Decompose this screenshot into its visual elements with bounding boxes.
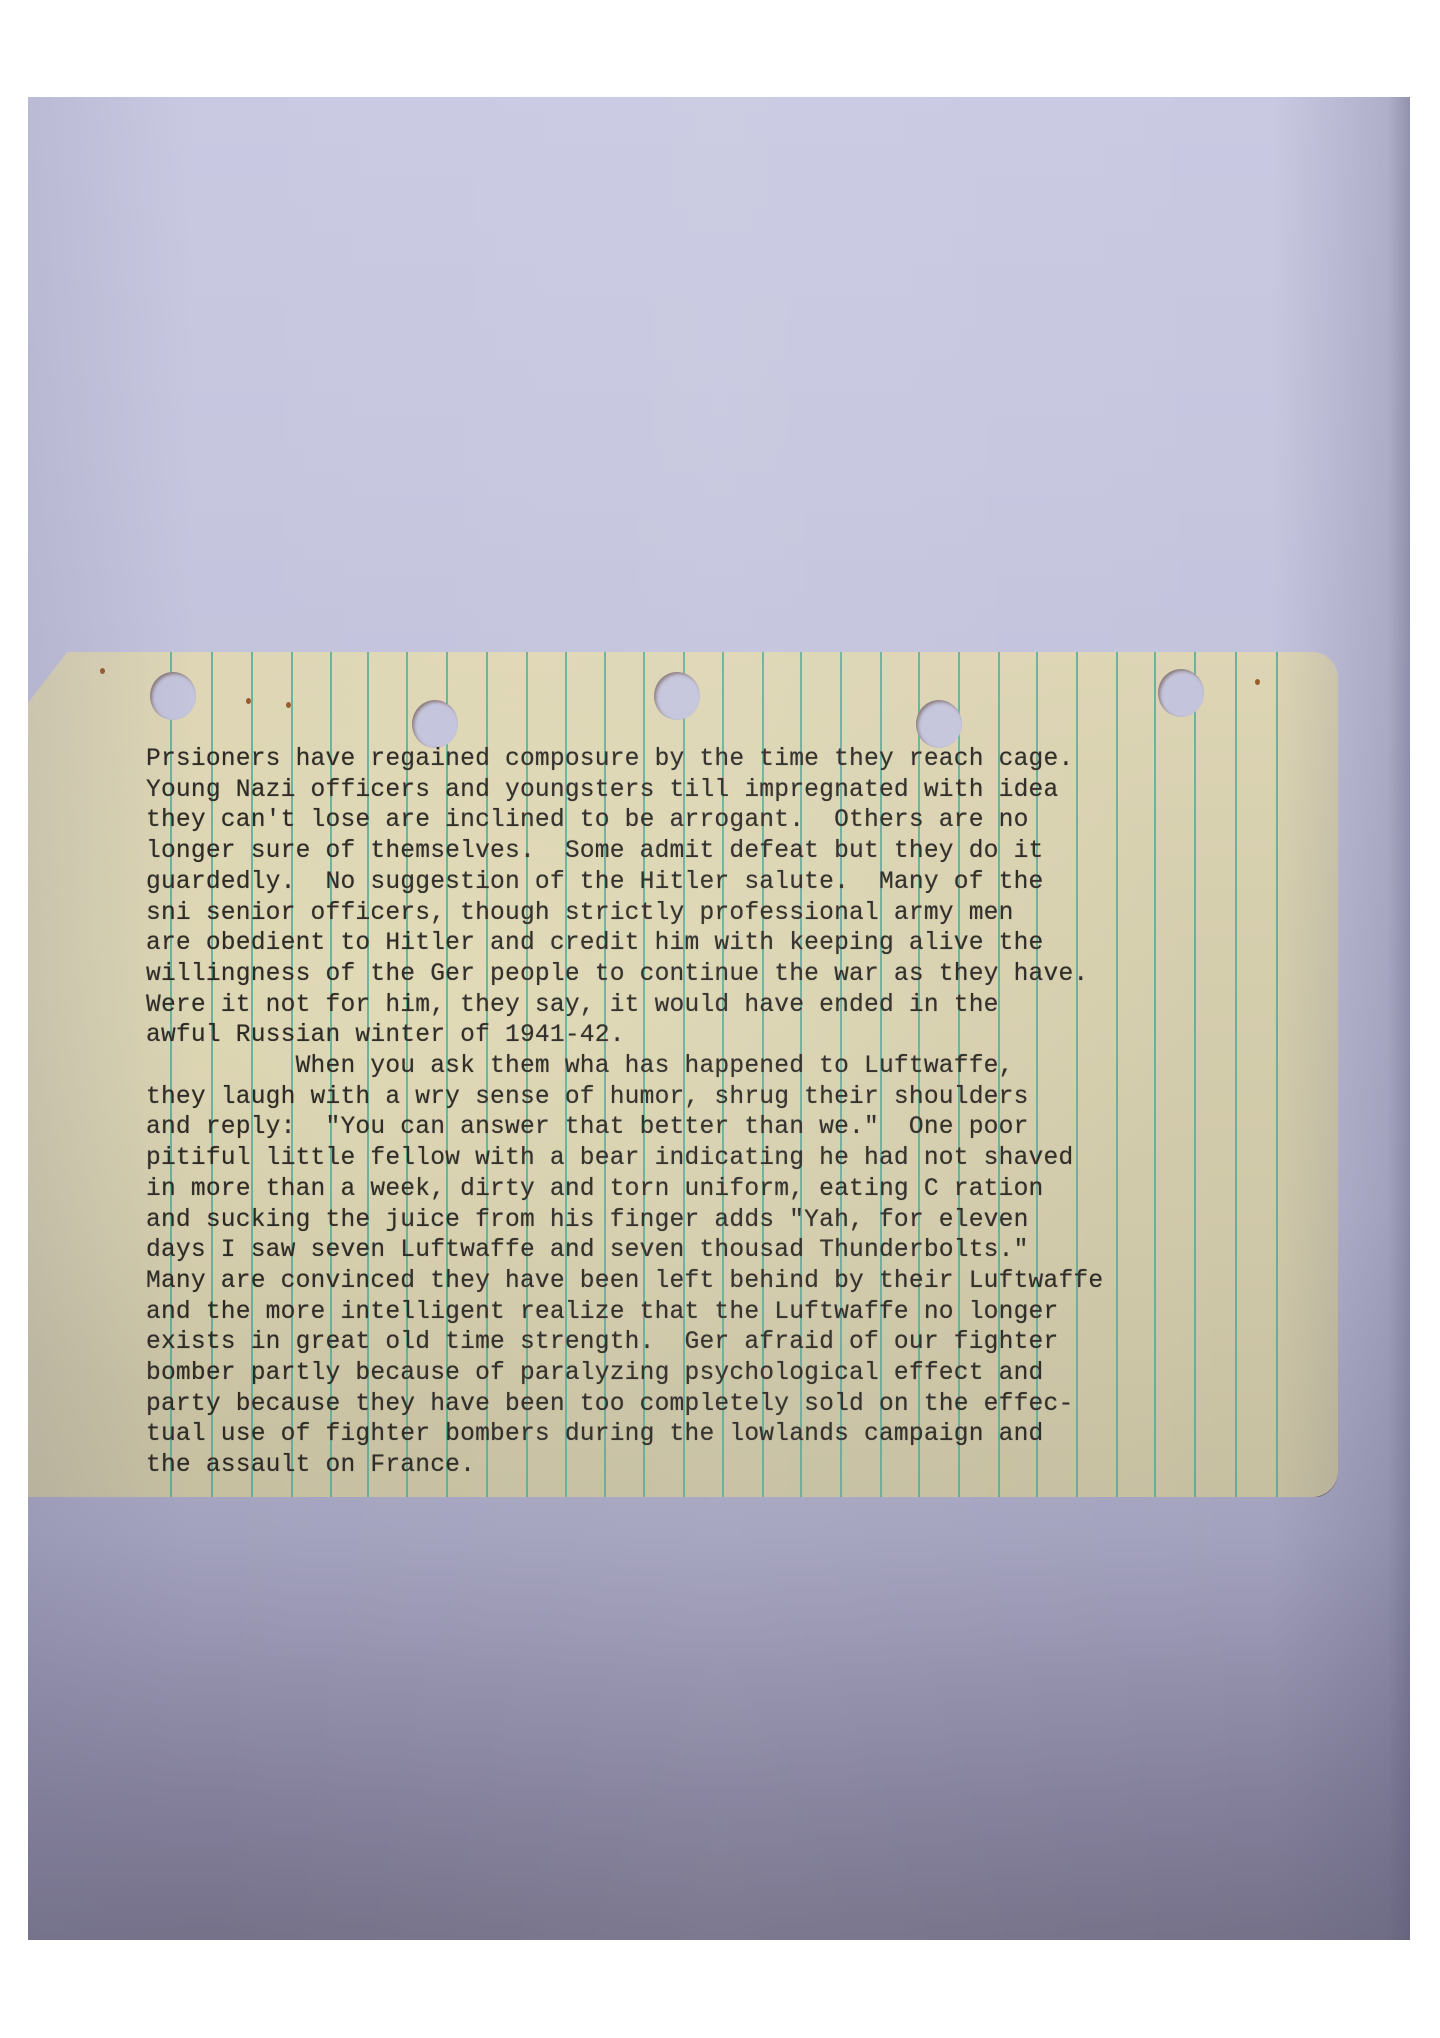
typed-line: Many are convinced they have been left b… (146, 1268, 1103, 1295)
rust-speck (246, 698, 251, 704)
typed-line: and the more intelligent realize that th… (146, 1299, 1058, 1326)
rust-speck (100, 668, 105, 674)
typed-line: they laugh with a wry sense of humor, sh… (146, 1084, 1029, 1111)
punch-hole (150, 672, 196, 720)
typed-line: Young Nazi officers and youngsters till … (146, 777, 1058, 804)
typed-line: days I saw seven Luftwaffe and seven tho… (146, 1237, 1029, 1264)
index-card: Prsioners have regained composure by the… (28, 652, 1338, 1497)
rust-speck (1255, 679, 1260, 685)
rust-speck (286, 702, 291, 708)
typed-line: tual use of fighter bombers during the l… (146, 1421, 1044, 1448)
typed-line: willingness of the Ger people to continu… (146, 961, 1088, 988)
punch-hole (1158, 669, 1204, 717)
photo-edge-shadow (1388, 97, 1410, 1940)
typed-line: in more than a week, dirty and torn unif… (146, 1176, 1044, 1203)
typewritten-text: Prsioners have regained composure by the… (146, 745, 1326, 1482)
punch-hole (412, 700, 458, 748)
document-photo: Prsioners have regained composure by the… (28, 97, 1410, 1940)
typed-line: are obedient to Hitler and credit him wi… (146, 930, 1044, 957)
typed-line: longer sure of themselves. Some admit de… (146, 838, 1044, 865)
typed-line: When you ask them wha has happened to Lu… (146, 1053, 1014, 1080)
typed-line: exists in great old time strength. Ger a… (146, 1329, 1058, 1356)
typed-line: and reply: "You can answer that better t… (146, 1114, 1029, 1141)
typed-line: and sucking the juice from his finger ad… (146, 1207, 1029, 1234)
typed-line: pitiful little fellow with a bear indica… (146, 1145, 1073, 1172)
punch-hole (916, 700, 962, 748)
typed-line: bomber partly because of paralyzing psyc… (146, 1360, 1044, 1387)
typed-line: Prsioners have regained composure by the… (146, 746, 1073, 773)
typed-line: Were it not for him, they say, it would … (146, 992, 999, 1019)
typed-line: party because they have been too complet… (146, 1391, 1073, 1418)
typed-line: the assault on France. (146, 1452, 475, 1479)
punch-hole (654, 672, 700, 720)
typed-line: they can't lose are inclined to be arrog… (146, 807, 1029, 834)
typed-line: sni senior officers, though strictly pro… (146, 900, 1014, 927)
typed-line: guardedly. No suggestion of the Hitler s… (146, 869, 1044, 896)
typed-line: awful Russian winter of 1941-42. (146, 1022, 625, 1049)
